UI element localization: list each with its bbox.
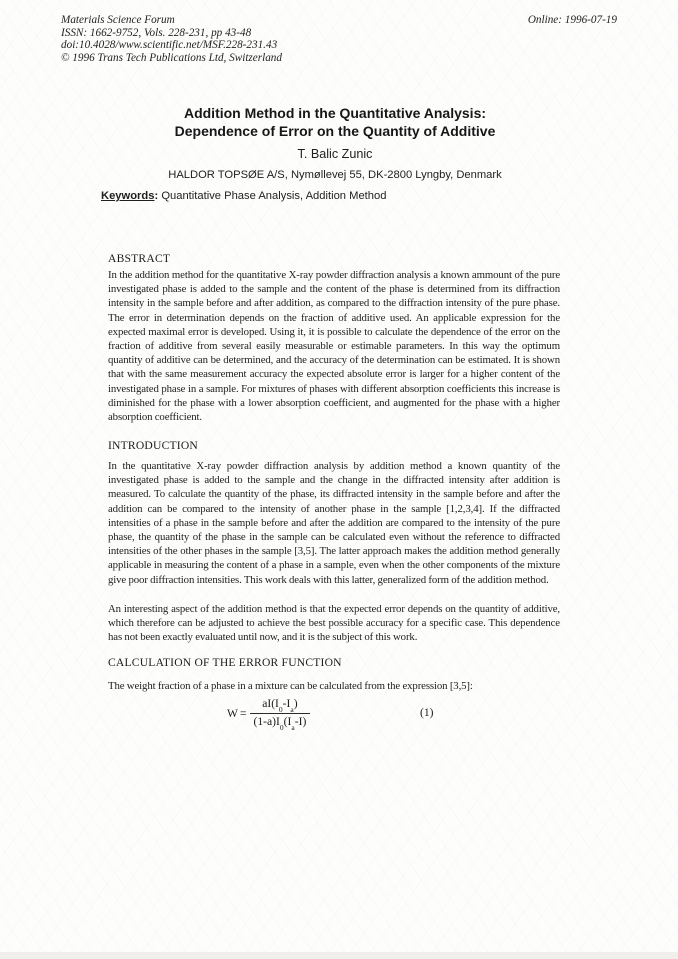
introduction-paragraph-2: An interesting aspect of the addition me… — [108, 602, 560, 645]
calculation-lead: The weight fraction of a phase in a mixt… — [108, 679, 560, 693]
abstract-body: In the addition method for the quantitat… — [108, 268, 560, 424]
paper-title-line2: Dependence of Error on the Quantity of A… — [60, 123, 610, 141]
author-affiliation: HALDOR TOPSØE A/S, Nymøllevej 55, DK-280… — [60, 169, 610, 181]
online-date: Online: 1996-07-19 — [528, 14, 617, 27]
journal-name: Materials Science Forum — [61, 14, 282, 27]
equation-1: W= aI(I0-Ia) (1-a)I0(Ia-I) — [227, 697, 310, 730]
introduction-paragraph-1: In the quantitative X-ray powder diffrac… — [108, 459, 560, 587]
abstract-heading: ABSTRACT — [108, 252, 560, 265]
copyright-line: © 1996 Trans Tech Publications Ltd, Swit… — [61, 52, 282, 65]
paper-title: Addition Method in the Quantitative Anal… — [60, 105, 610, 140]
paper-title-line1: Addition Method in the Quantitative Anal… — [60, 105, 610, 123]
introduction-heading: INTRODUCTION — [108, 439, 560, 452]
equation-numerator: aI(I0-Ia) — [258, 697, 301, 713]
page-bottom-edge — [0, 952, 678, 959]
keywords-label: Keywords — [101, 190, 154, 202]
journal-header-block: Materials Science Forum ISSN: 1662-9752,… — [61, 14, 282, 64]
keywords-colon: : — [154, 190, 158, 202]
calculation-heading: CALCULATION OF THE ERROR FUNCTION — [108, 656, 560, 669]
doi-line: doi:10.4028/www.scientific.net/MSF.228-2… — [61, 39, 282, 52]
equation-number: (1) — [420, 706, 434, 719]
keywords-text: Quantitative Phase Analysis, Addition Me… — [161, 190, 386, 202]
equation-lhs: W= — [227, 707, 250, 720]
equation-equals-sign: = — [240, 707, 247, 720]
author-name: T. Balic Zunic — [60, 147, 610, 161]
equation-variable: W — [227, 707, 238, 720]
equation-denominator: (1-a)I0(Ia-I) — [250, 713, 311, 730]
issn-line: ISSN: 1662-9752, Vols. 228-231, pp 43-48 — [61, 27, 282, 40]
keywords-line: Keywords: Quantitative Phase Analysis, A… — [101, 190, 386, 202]
equation-fraction: aI(I0-Ia) (1-a)I0(Ia-I) — [250, 697, 311, 730]
